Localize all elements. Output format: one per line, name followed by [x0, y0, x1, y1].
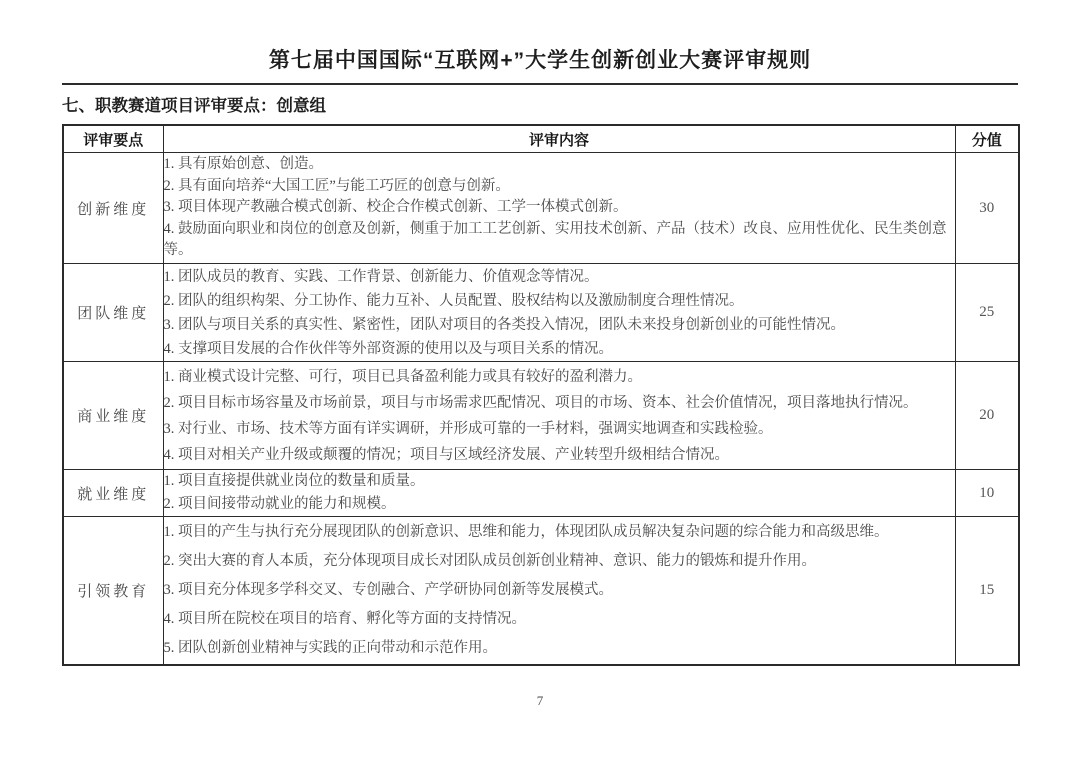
table-row-innovation: 创新维度 1. 具有原始创意、创造。 2. 具有面向培养“大国工匠”与能工巧匠的… [63, 153, 1019, 264]
dimension-label: 引领教育 [63, 517, 163, 666]
table-row-employment: 就业维度 1. 项目直接提供就业岗位的数量和质量。 2. 项目间接带动就业的能力… [63, 470, 1019, 517]
table-row-education: 引领教育 1. 项目的产生与执行充分展现团队的创新意识、思维和能力，体现团队成员… [63, 517, 1019, 666]
score-value: 10 [955, 470, 1019, 517]
criteria-item: 4. 支撑项目发展的合作伙伴等外部资源的使用以及与项目关系的情况。 [164, 337, 955, 361]
criteria-cell: 1. 项目直接提供就业岗位的数量和质量。 2. 项目间接带动就业的能力和规模。 [163, 470, 955, 517]
dimension-label: 就业维度 [63, 470, 163, 517]
column-header-dimension: 评审要点 [63, 125, 163, 153]
criteria-item: 2. 项目间接带动就业的能力和规模。 [164, 493, 955, 516]
dimension-label: 创新维度 [63, 153, 163, 264]
criteria-cell: 1. 具有原始创意、创造。 2. 具有面向培养“大国工匠”与能工巧匠的创意与创新… [163, 153, 955, 264]
criteria-item: 4. 项目所在院校在项目的培育、孵化等方面的支持情况。 [164, 605, 955, 634]
criteria-item: 1. 商业模式设计完整、可行，项目已具备盈利能力或具有较好的盈利潜力。 [164, 364, 955, 390]
criteria-cell: 1. 团队成员的教育、实践、工作背景、创新能力、价值观念等情况。 2. 团队的组… [163, 264, 955, 362]
column-header-content: 评审内容 [163, 125, 955, 153]
criteria-item: 4. 鼓励面向职业和岗位的创意及创新，侧重于加工工艺创新、实用技术创新、产品（技… [164, 219, 955, 262]
criteria-item: 1. 团队成员的教育、实践、工作背景、创新能力、价值观念等情况。 [164, 265, 955, 289]
criteria-item: 1. 项目的产生与执行充分展现团队的创新意识、思维和能力，体现团队成员解决复杂问… [164, 518, 955, 547]
document-page: 第七届中国国际“互联网+”大学生创新创业大赛评审规则 七、职教赛道项目评审要点：… [0, 0, 1080, 763]
criteria-item: 3. 团队与项目关系的真实性、紧密性，团队对项目的各类投入情况，团队未来投身创新… [164, 313, 955, 337]
page-title: 第七届中国国际“互联网+”大学生创新创业大赛评审规则 [62, 46, 1018, 76]
table-row-team: 团队维度 1. 团队成员的教育、实践、工作背景、创新能力、价值观念等情况。 2.… [63, 264, 1019, 362]
dimension-label: 团队维度 [63, 264, 163, 362]
dimension-label: 商业维度 [63, 362, 163, 470]
criteria-item: 2. 具有面向培养“大国工匠”与能工巧匠的创意与创新。 [164, 176, 955, 198]
criteria-item: 3. 项目体现产教融合模式创新、校企合作模式创新、工学一体模式创新。 [164, 197, 955, 219]
criteria-item: 5. 团队创新创业精神与实践的正向带动和示范作用。 [164, 634, 955, 663]
criteria-item: 2. 项目目标市场容量及市场前景，项目与市场需求匹配情况、项目的市场、资本、社会… [164, 390, 955, 416]
table-row-business: 商业维度 1. 商业模式设计完整、可行，项目已具备盈利能力或具有较好的盈利潜力。… [63, 362, 1019, 470]
criteria-cell: 1. 商业模式设计完整、可行，项目已具备盈利能力或具有较好的盈利潜力。 2. 项… [163, 362, 955, 470]
column-header-score: 分值 [955, 125, 1019, 153]
criteria-item: 3. 对行业、市场、技术等方面有详实调研，并形成可靠的一手材料，强调实地调查和实… [164, 416, 955, 442]
table-header-row: 评审要点 评审内容 分值 [63, 125, 1019, 153]
criteria-item: 4. 项目对相关产业升级或颠覆的情况；项目与区域经济发展、产业转型升级相结合情况… [164, 442, 955, 468]
score-value: 30 [955, 153, 1019, 264]
criteria-item: 3. 项目充分体现多学科交叉、专创融合、产学研协同创新等发展模式。 [164, 576, 955, 605]
score-value: 15 [955, 517, 1019, 666]
criteria-cell: 1. 项目的产生与执行充分展现团队的创新意识、思维和能力，体现团队成员解决复杂问… [163, 517, 955, 666]
criteria-item: 2. 突出大赛的育人本质，充分体现项目成长对团队成员创新创业精神、意识、能力的锻… [164, 547, 955, 576]
title-divider [62, 83, 1018, 85]
score-value: 25 [955, 264, 1019, 362]
rubric-table: 评审要点 评审内容 分值 创新维度 1. 具有原始创意、创造。 2. 具有面向培… [62, 124, 1020, 666]
page-number: 7 [62, 693, 1018, 709]
section-heading: 七、职教赛道项目评审要点：创意组 [62, 94, 1018, 118]
score-value: 20 [955, 362, 1019, 470]
criteria-item: 1. 项目直接提供就业岗位的数量和质量。 [164, 470, 955, 493]
criteria-item: 2. 团队的组织构架、分工协作、能力互补、人员配置、股权结构以及激励制度合理性情… [164, 289, 955, 313]
criteria-item: 1. 具有原始创意、创造。 [164, 154, 955, 176]
